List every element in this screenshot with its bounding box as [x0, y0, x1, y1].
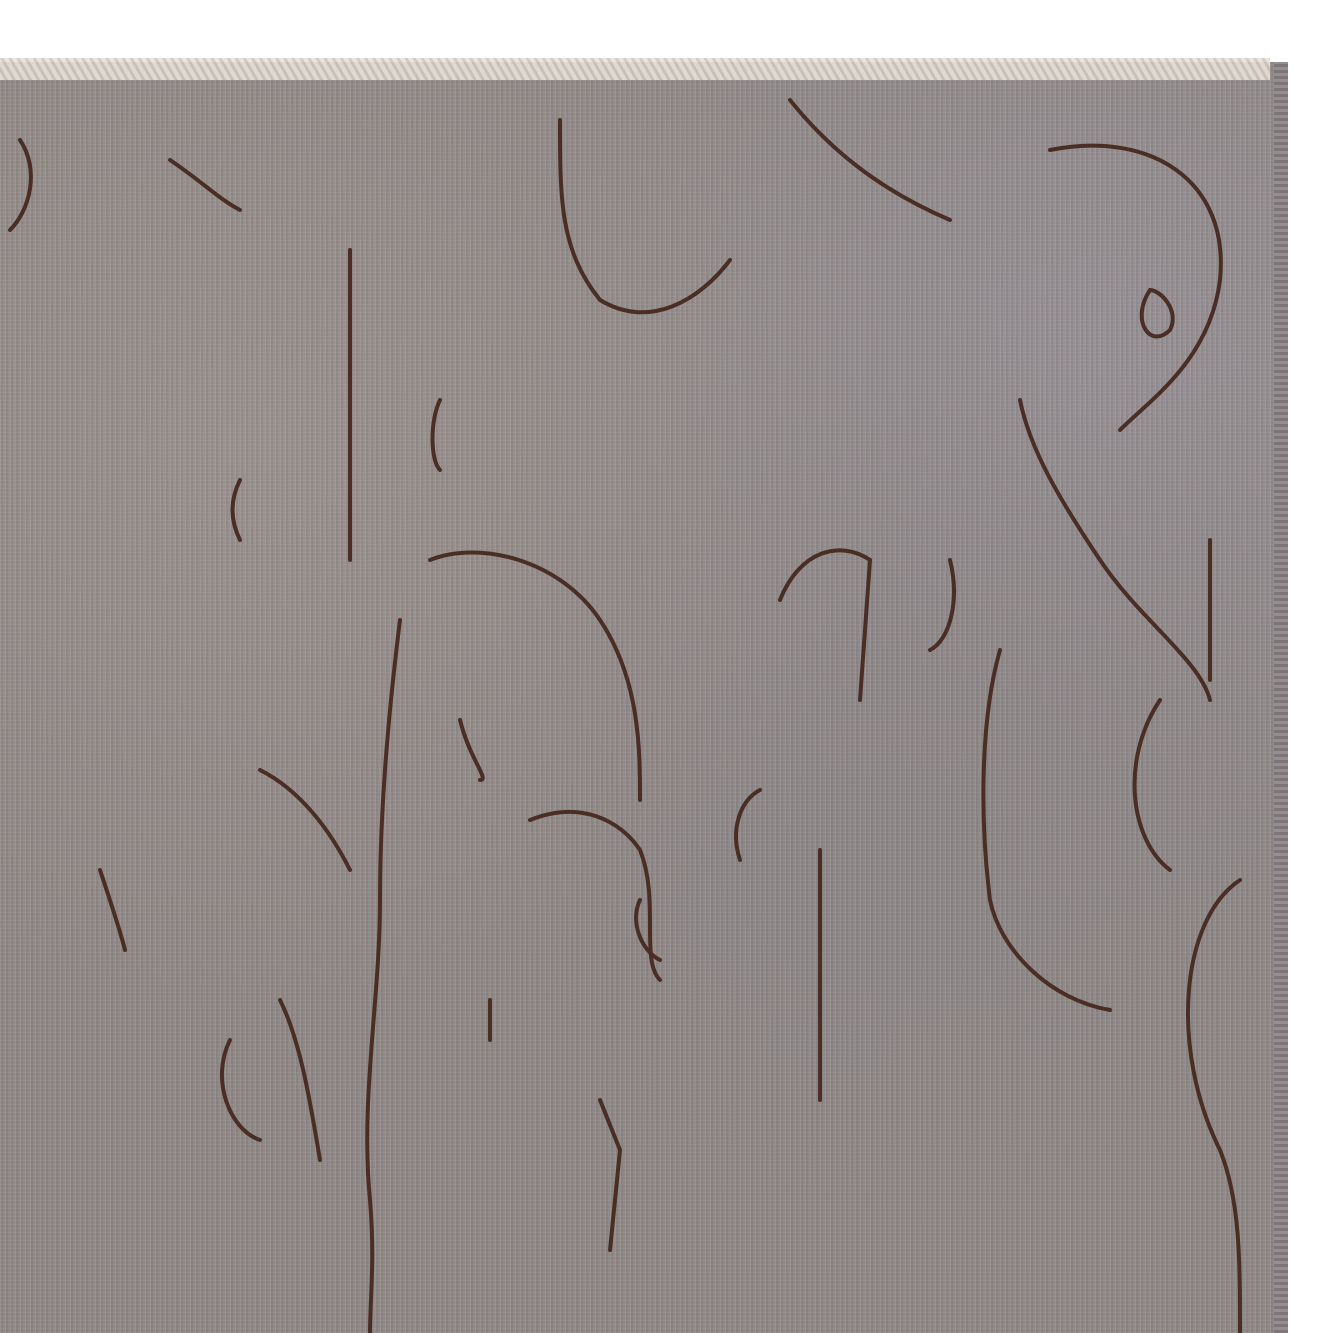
- photo: [0, 0, 1333, 1333]
- floral-motif-lines: [0, 0, 1333, 1333]
